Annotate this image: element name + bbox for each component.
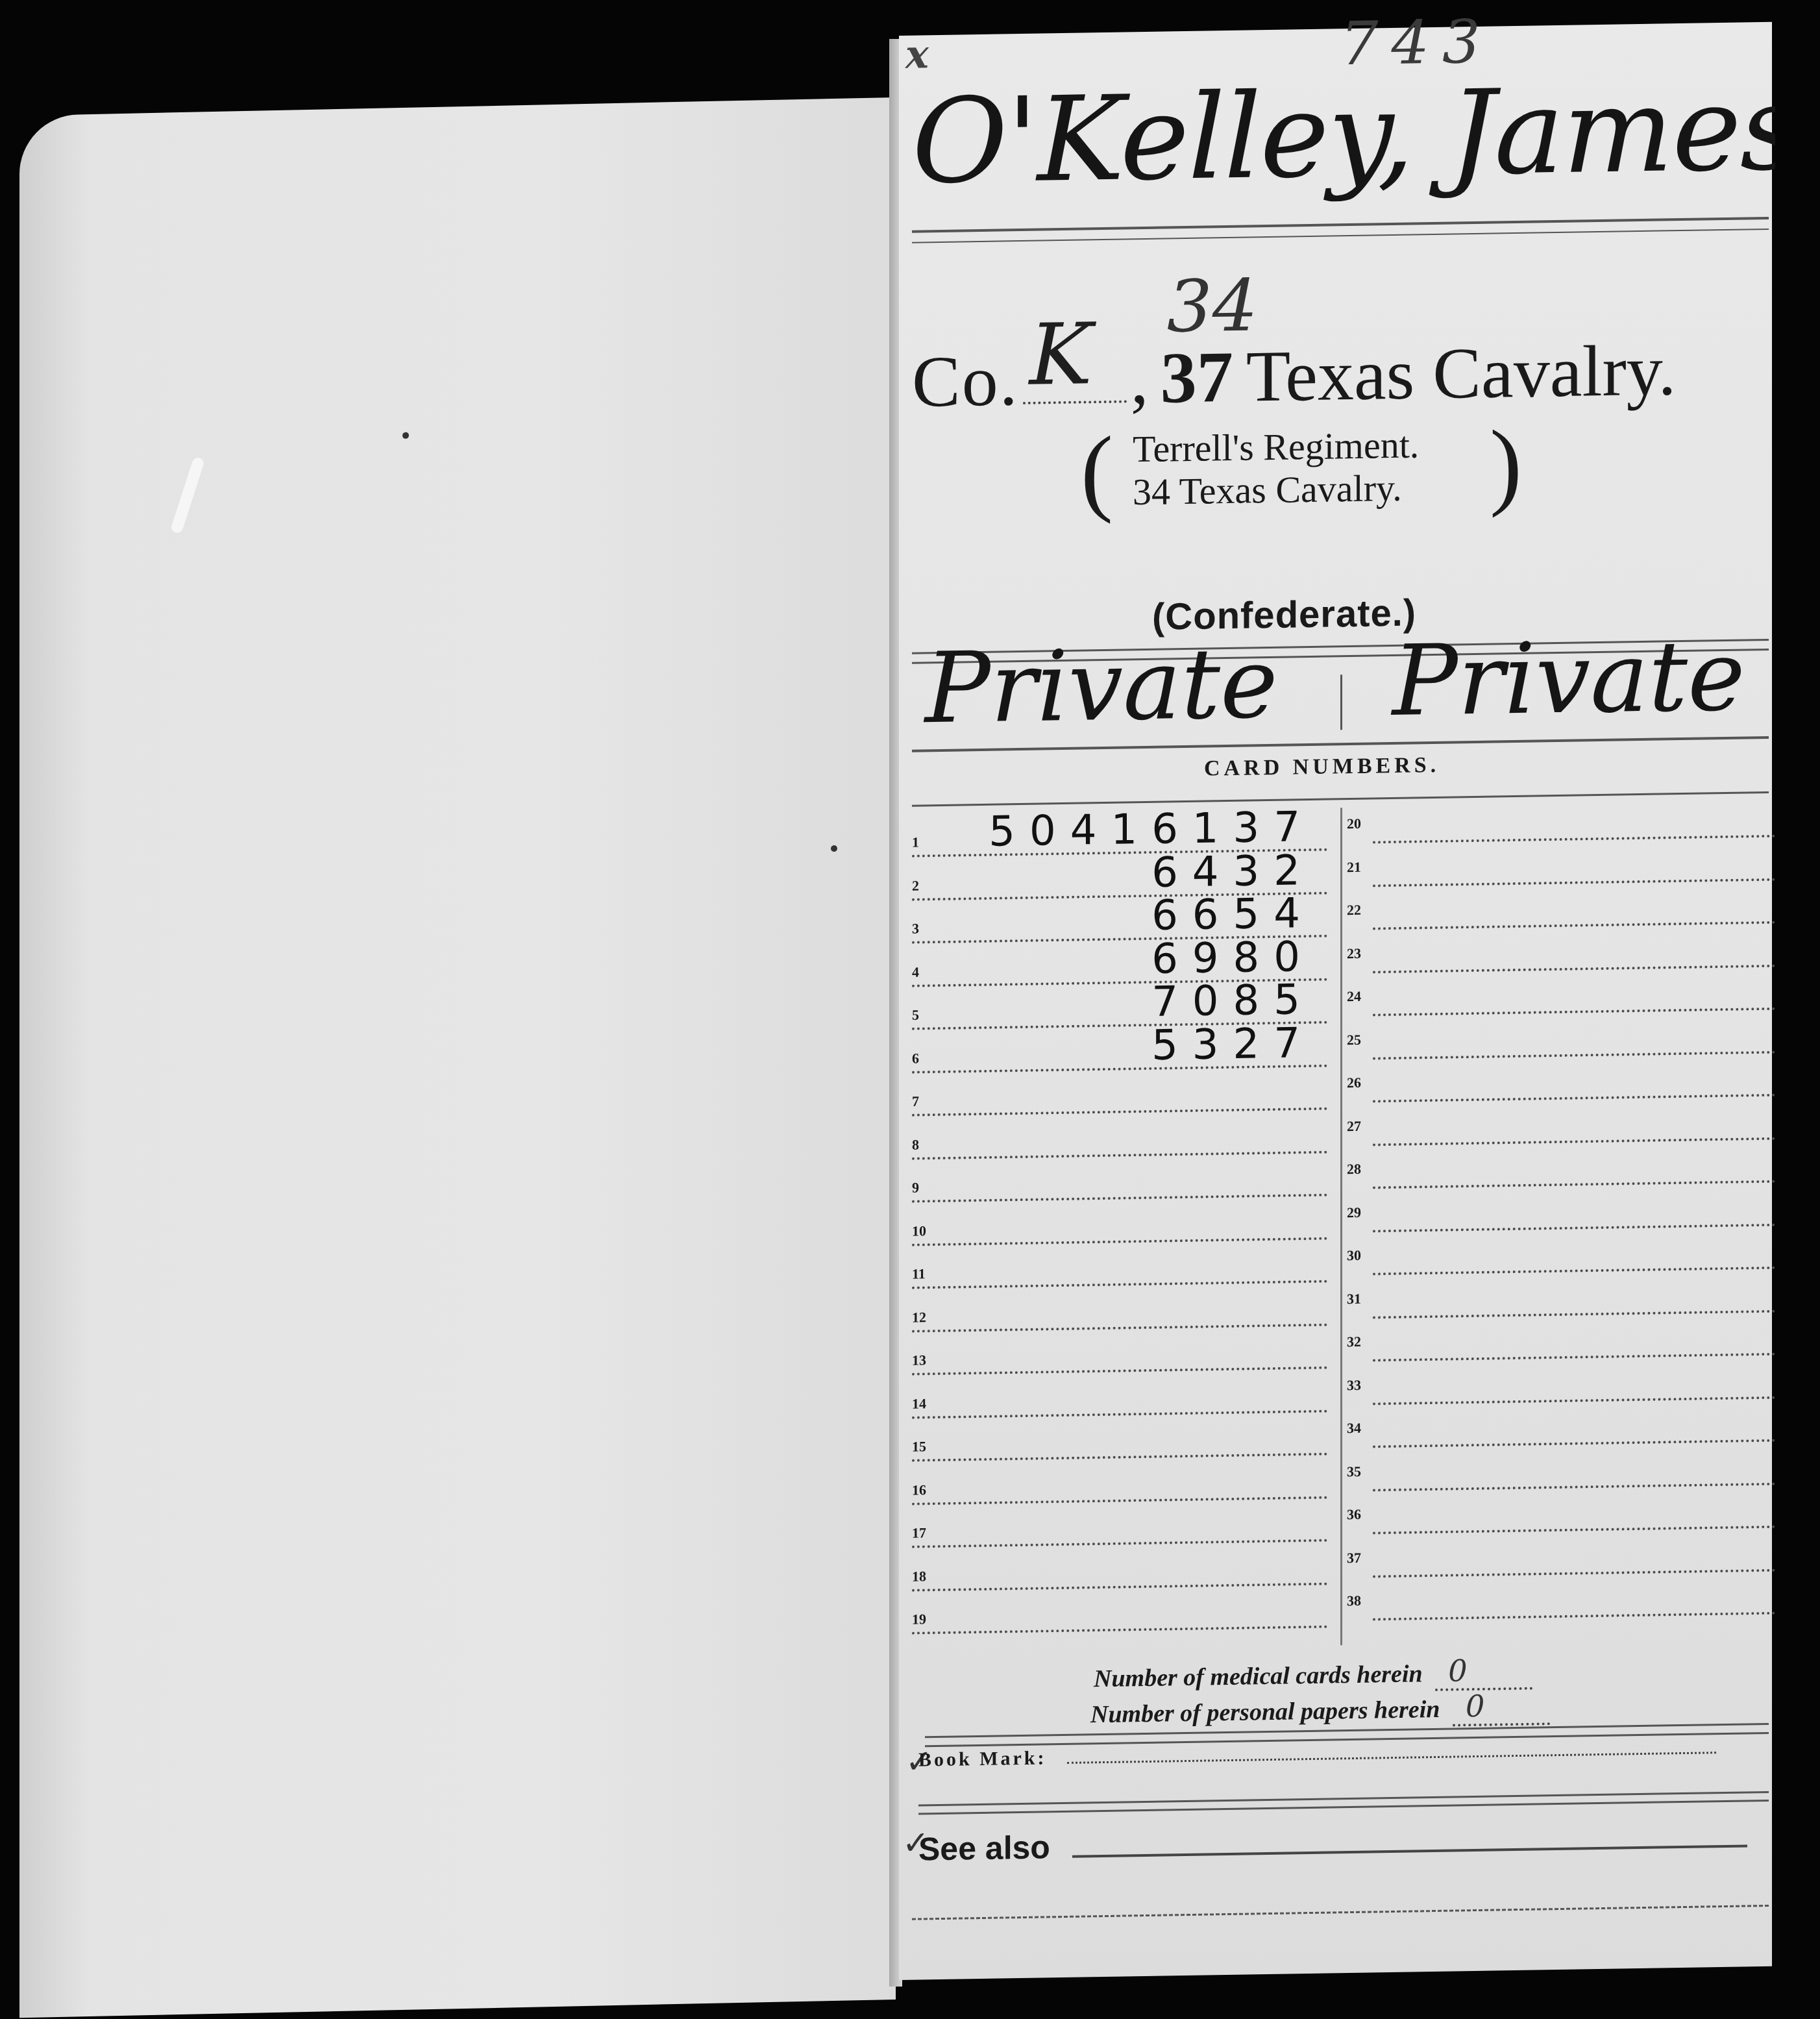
company-field: K [1023,400,1127,404]
book-mark-line: Book Mark: [918,1737,1716,1771]
soldier-name: O'Kelley, James S. [912,58,1820,210]
row-number: 36 [1347,1506,1361,1523]
unit-line: Co. K , 37 34 Texas Cavalry. [912,328,1677,424]
footer-dashed-rule [912,1905,1769,1920]
medical-cards-value: 0 [1435,1652,1532,1691]
card-numbers-left [899,22,1772,36]
card-number-row: 32 [1347,1313,1775,1362]
column-divider [1340,808,1342,1645]
row-number: 7 [912,1093,919,1110]
row-number: 32 [1347,1333,1361,1350]
card-number-row: 34 [1347,1399,1775,1448]
alias-line-1: Terrell's Regiment. [1133,423,1419,471]
corner-mark: x [905,32,929,78]
see-also-field [1072,1844,1747,1857]
card-number-row: 15 [912,1413,1327,1462]
card-number-row: 13 [912,1326,1327,1376]
see-also-line: See also [918,1817,1747,1868]
row-number: 17 [912,1524,926,1541]
company-letter: K [1029,304,1092,404]
blank-left-page [19,97,896,2018]
row-number: 25 [1347,1031,1361,1048]
co-label: Co. [912,339,1019,425]
card-number-row: 8 [912,1110,1327,1159]
row-number: 21 [1347,858,1361,875]
row-number: 20 [1347,815,1361,832]
row-number: 31 [1347,1290,1361,1307]
rank-divider [1340,675,1342,730]
card-number-row: 29 [1347,1183,1775,1232]
row-number: 18 [912,1568,926,1585]
scan-border [1775,0,1820,2019]
card-number-row: 20 [1347,795,1775,844]
card-number-row: 22 [1347,881,1775,930]
row-number: 34 [1347,1420,1361,1437]
card-number-row: 27 [1347,1096,1775,1146]
row-number: 16 [912,1481,926,1498]
personal-papers-label: Number of personal papers herein [1090,1696,1440,1728]
alias-line-2: 34 Texas Cavalry. [1133,466,1419,514]
card-number-row: 31 [1347,1269,1775,1319]
regiment-number: 37 34 [1161,336,1233,421]
alias-block: ( Terrell's Regiment. 34 Texas Cavalry. … [1107,423,1419,514]
paper-blemish [170,456,205,534]
row-rule [912,1626,1327,1635]
row-number: 30 [1347,1247,1361,1264]
card-number-row: 24 [1347,967,1775,1017]
row-number: 13 [912,1352,926,1369]
row-number: 23 [1347,945,1361,961]
card-number-row: 7 [912,1067,1327,1117]
card-number-row: 36 [1347,1485,1775,1535]
card-number-row: 25 [1347,1010,1775,1059]
rank-out: Private [1392,620,1745,739]
row-number: 33 [1347,1376,1361,1393]
card-number-row: 65327 [912,1024,1327,1073]
row-number: 14 [912,1395,926,1412]
card-number-value: 5327 [1151,1019,1314,1069]
row-number: 4 [912,963,919,980]
right-paren: ) [1490,422,1522,507]
book-mark-label: Book Mark: [918,1747,1047,1770]
card-number-row: 14 [912,1369,1327,1418]
rank-in: Private [925,627,1278,746]
left-paren: ( [1081,428,1113,514]
card-numbers-right [899,22,1772,36]
bookmark-rule [918,1791,1769,1807]
regiment-number-overwrite: 34 [1167,264,1258,348]
row-number: 15 [912,1438,926,1455]
book-mark-field [1067,1752,1716,1764]
personal-papers-line: Number of personal papers herein 0 [1090,1687,1550,1732]
card-number-row: 33 [1347,1356,1775,1405]
row-number: 11 [912,1265,926,1282]
row-number: 5 [912,1007,919,1024]
card-number-row: 37 [1347,1528,1775,1578]
row-number: 38 [1347,1592,1361,1609]
paper-speck [402,432,409,439]
card-number-row: 17 [912,1499,1327,1548]
card-numbers-heading: CARD NUMBERS. [1204,753,1440,782]
row-number: 12 [912,1309,926,1326]
row-rule [1373,1612,1775,1621]
unit-name: Texas Cavalry. [1246,328,1677,419]
card-number-row: 23 [1347,924,1775,973]
card-number-row: 11 [912,1240,1327,1289]
row-number: 6 [912,1050,919,1067]
row-number: 9 [912,1180,919,1196]
card-number-row: 12 [912,1283,1327,1332]
card-number-row: 21 [1347,837,1775,887]
card-number-row: 26 [1347,1054,1775,1103]
card-number-row: 19 [912,1585,1327,1635]
row-number: 29 [1347,1204,1361,1220]
row-number: 28 [1347,1161,1361,1178]
row-number: 27 [1347,1117,1361,1134]
service-record-card: x 743 O'Kelley, James S. Co. K , 37 34 T… [899,22,1772,1980]
regiment-number-printed: 37 [1161,337,1233,419]
card-number-row: 28 [1347,1140,1775,1189]
card-number-row: 35 [1347,1442,1775,1491]
see-also-label: See also [918,1829,1050,1867]
row-number: 10 [912,1222,926,1239]
row-number: 24 [1347,988,1361,1005]
card-number-row: 38 [1347,1572,1775,1621]
medical-cards-label: Number of medical cards herein [1094,1660,1423,1692]
row-number: 2 [912,877,919,894]
row-number: 26 [1347,1074,1361,1091]
card-number-row: 18 [912,1542,1327,1591]
paper-speck [831,845,837,852]
row-number: 22 [1347,902,1361,919]
card-number-row: 9 [912,1154,1327,1203]
row-number: 19 [912,1611,926,1628]
card-number-row: 16 [912,1455,1327,1505]
row-number: 1 [912,834,919,851]
row-number: 35 [1347,1463,1361,1480]
row-number: 37 [1347,1549,1361,1566]
card-number-row: 30 [1347,1226,1775,1276]
personal-papers-value: 0 [1453,1687,1550,1726]
card-number-row: 10 [912,1196,1327,1246]
row-number: 8 [912,1136,919,1153]
row-number: 3 [912,921,919,937]
